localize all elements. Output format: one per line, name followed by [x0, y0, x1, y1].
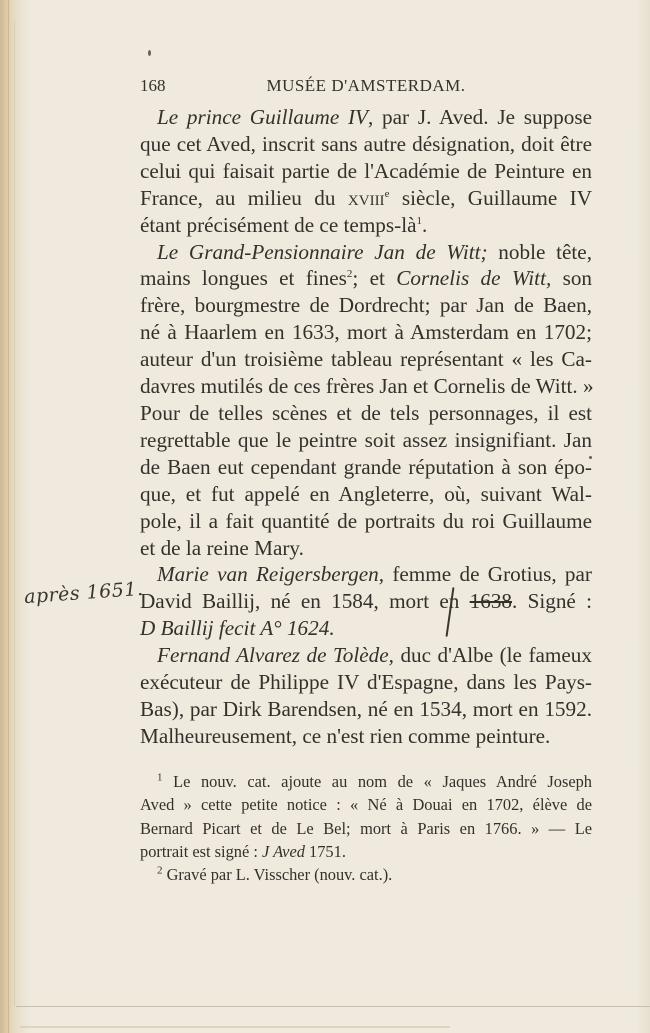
text-line: Bas), par Dirk Barendsen, né en 1534, mo…: [140, 696, 592, 723]
text-line: France, au milieu du xviiie siècle, Guil…: [140, 185, 592, 212]
text-line: David Baillij, né en 1584, mort en 1638.…: [140, 588, 592, 615]
text-run: Malheureusement, ce n'est rien comme pei…: [140, 724, 550, 748]
text-run: Bas), par Dirk Barendsen, né en 1534, mo…: [140, 697, 592, 721]
text-line: auteur d'un troisième tableau représenta…: [140, 346, 592, 373]
text-line: 2 Gravé par L. Visscher (nouv. cat.).: [140, 863, 592, 886]
text-line: exécuteur de Philippe IV d'Espagne, dans…: [140, 669, 592, 696]
text-run: son: [551, 266, 592, 290]
text-run: auteur d'un troisième tableau représenta…: [140, 347, 592, 371]
text-line: D Baillij fecit A° 1624.: [140, 615, 592, 642]
text-run: ; et: [352, 266, 396, 290]
footnote: 1 Le nouv. cat. ajoute au nom de « Jaque…: [140, 770, 592, 863]
running-head: MUSÉE D'AMSTERDAM.: [140, 76, 592, 96]
text-line: Malheureusement, ce n'est rien comme pei…: [140, 723, 592, 750]
text-line: que cet Aved, inscrit sans autre désigna…: [140, 131, 592, 158]
text-line: pole, il a fait quantité de portraits du…: [140, 508, 592, 535]
text-line: que, et fut appelé en Angleterre, où, su…: [140, 481, 592, 508]
text-line: Le Grand-Pensionnaire Jan de Witt; noble…: [140, 239, 592, 266]
text-run: davres mutilés de ces frères Jan et Corn…: [140, 374, 594, 398]
main-text: Le prince Guillaume IV, par J. Aved. Je …: [140, 104, 592, 750]
text-run: né à Haarlem en 1633, mort à Amsterdam e…: [140, 320, 592, 344]
text-run: 1638: [470, 589, 512, 613]
torn-paper-edge: [20, 1026, 450, 1028]
text-run: D Baillij fecit A° 1624.: [140, 616, 335, 640]
text-run: J Aved: [262, 842, 305, 861]
text-line: frère, bourgmestre de Dordrecht; par Jan…: [140, 292, 592, 319]
text-run: frère, bourgmestre de Dordrecht; par Jan…: [140, 293, 592, 317]
footnotes: 1 Le nouv. cat. ajoute au nom de « Jaque…: [140, 770, 592, 886]
paragraph: Le prince Guillaume IV, par J. Aved. Je …: [140, 104, 592, 239]
text-line: né à Haarlem en 1633, mort à Amsterdam e…: [140, 319, 592, 346]
paragraph: Fernand Alvarez de Tolède, duc d'Albe (l…: [140, 642, 592, 750]
text-run: siècle, Guillaume IV: [389, 186, 592, 210]
text-run: duc d'Albe (le fameux: [394, 643, 592, 667]
page-left-edge: [14, 20, 15, 1006]
text-run: portrait est signé :: [140, 842, 262, 861]
text-run: Cornelis de Witt,: [396, 266, 551, 290]
text-run: regrettable que le peintre soit assez in…: [140, 428, 592, 452]
handwritten-margin-note: après 1651.: [23, 578, 144, 608]
paper-speck: [148, 50, 151, 56]
text-run: Le nouv. cat. ajoute au nom de « Jaques …: [163, 772, 593, 791]
text-line: regrettable que le peintre soit assez in…: [140, 427, 592, 454]
text-line: étant précisément de ce temps-là1.: [140, 212, 592, 239]
page-bottom-edge: [16, 1006, 650, 1007]
text-line: et de la reine Mary.: [140, 535, 592, 562]
book-gutter: [0, 0, 30, 1033]
text-line: Marie van Reigersbergen, femme de Grotiu…: [140, 561, 592, 588]
text-run: Gravé par L. Visscher (nouv. cat.).: [163, 865, 393, 884]
text-run: Aved » cette petite notice : « Né à Doua…: [140, 795, 592, 814]
text-run: que cet Aved, inscrit sans autre désigna…: [140, 132, 592, 156]
text-line: Pour de telles scènes et de tels personn…: [140, 400, 592, 427]
text-line: mains longues et fines2; et Cornelis de …: [140, 265, 592, 292]
text-run: Pour de telles scènes et de tels personn…: [140, 401, 592, 425]
text-line: celui qui faisait partie de l'Académie d…: [140, 158, 592, 185]
text-run: femme de Grotius, par: [384, 562, 592, 586]
text-line: Le prince Guillaume IV, par J. Aved. Je …: [140, 104, 592, 131]
text-run: 1751.: [305, 842, 346, 861]
text-run: et de la reine Mary.: [140, 536, 304, 560]
text-run: David Baillij, né en 1584, mort en: [140, 589, 470, 613]
text-line: Fernand Alvarez de Tolède, duc d'Albe (l…: [140, 642, 592, 669]
text-run: pole, il a fait quantité de portraits du…: [140, 509, 592, 533]
text-run: que, et fut appelé en Angleterre, où, su…: [140, 482, 592, 506]
text-line: Bernard Picart et de Le Bel; mort à Pari…: [140, 817, 592, 840]
text-line: portrait est signé : J Aved 1751.: [140, 840, 592, 863]
text-line: davres mutilés de ces frères Jan et Corn…: [140, 373, 592, 400]
gutter-fold-line: [8, 0, 9, 1033]
footnote: 2 Gravé par L. Visscher (nouv. cat.).: [140, 863, 592, 886]
text-run: mains longues et fines: [140, 266, 347, 290]
text-run: xviii: [348, 186, 385, 210]
text-run: Marie van Reigersbergen,: [157, 562, 384, 586]
text-run: , par J. Aved. Je suppose: [368, 105, 592, 129]
text-run: . Signé :: [512, 589, 592, 613]
text-run: Le Grand-Pensionnaire Jan de Witt;: [157, 240, 488, 264]
text-run: .: [422, 213, 427, 237]
text-run: celui qui faisait partie de l'Académie d…: [140, 159, 592, 183]
text-line: 1 Le nouv. cat. ajoute au nom de « Jaque…: [140, 770, 592, 793]
text-run: France, au milieu du: [140, 186, 348, 210]
text-run: exécuteur de Philippe IV d'Espagne, dans…: [140, 670, 592, 694]
text-line: Aved » cette petite notice : « Né à Doua…: [140, 793, 592, 816]
text-run: Bernard Picart et de Le Bel; mort à Pari…: [140, 819, 592, 838]
text-run: de Baen eut cependant grande réputation …: [140, 455, 592, 479]
text-run: Le prince Guillaume IV: [157, 105, 368, 129]
text-run: étant précisément de ce temps-là: [140, 213, 416, 237]
text-run: noble tête,: [488, 240, 592, 264]
paragraph: Marie van Reigersbergen, femme de Grotiu…: [140, 561, 592, 642]
text-run: Fernand Alvarez de Tolède,: [157, 643, 394, 667]
page-header: 168 MUSÉE D'AMSTERDAM.: [140, 76, 592, 100]
paragraph: Le Grand-Pensionnaire Jan de Witt; noble…: [140, 239, 592, 562]
text-line: de Baen eut cependant grande réputation …: [140, 454, 592, 481]
page-right-edge: [636, 0, 650, 1033]
